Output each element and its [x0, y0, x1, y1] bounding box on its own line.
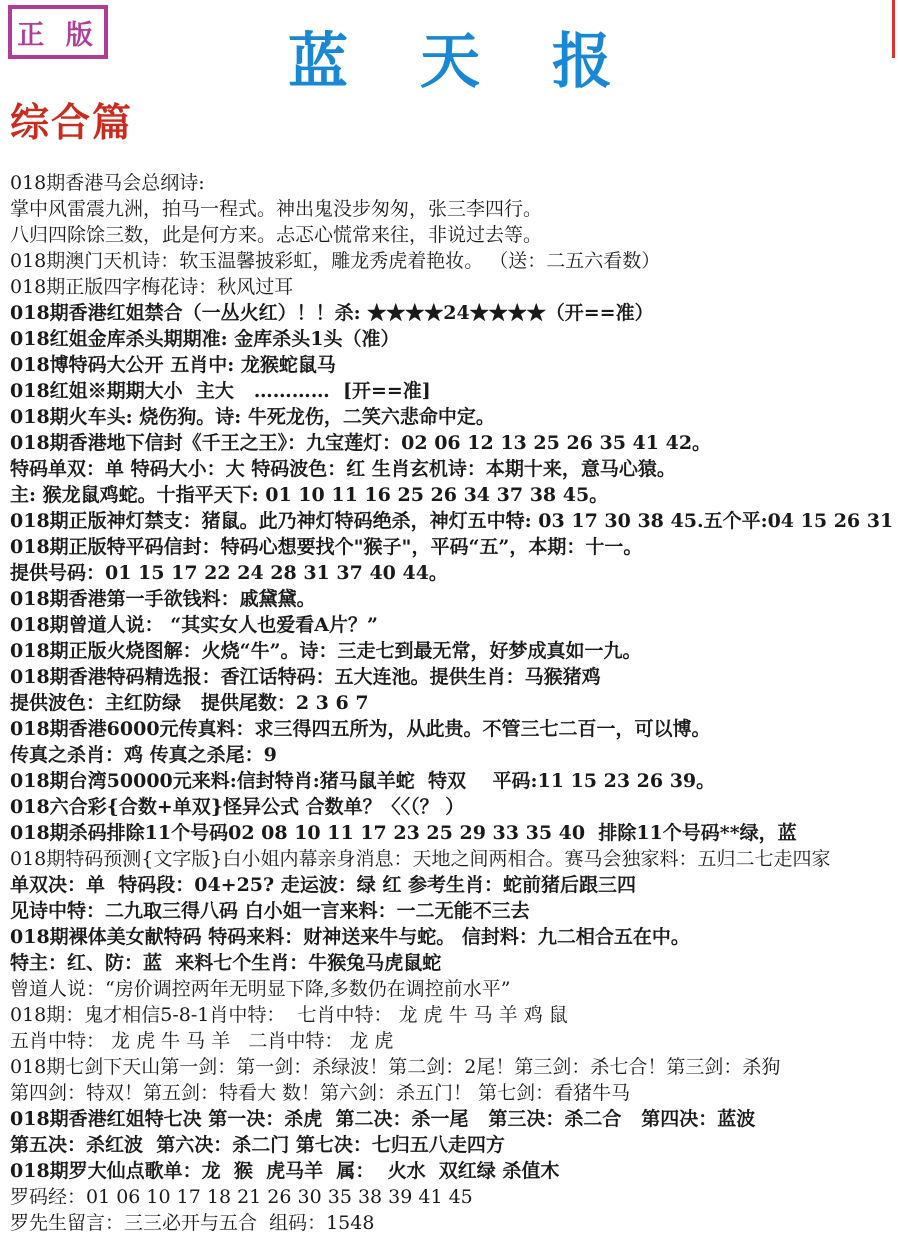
text-line: 特码单双：单 特码大小：大 特码波色：红 生肖玄机诗：本期十来，意马心猿。 [10, 456, 896, 482]
text-line: 018博特码大公开 五肖中: 龙猴蛇鼠马 [10, 352, 896, 378]
text-line: 018期正版火烧图解：火烧“牛”。诗：三走七到最无常，好梦成真如一九。 [10, 638, 896, 664]
text-line: 018期裸体美女献特码 特码来料：财神送来牛与蛇。 信封料：九二相合五在中。 [10, 924, 896, 950]
text-line: 018红姐※期期大小 主大 ………… [开==准] [10, 378, 896, 404]
text-line: 018期七剑下天山第一剑：第一剑：杀绿波！第二剑：2尾！第三剑：杀七合！第三剑：… [10, 1054, 896, 1080]
section-title: 综合篇 [10, 92, 133, 148]
text-line: 018六合彩{合数+单双}怪异公式 合数单？〈〈（？ ） [10, 794, 896, 820]
page: 正 版 蓝天报 综合篇 018期香港马会总纲诗:掌中风雷震九洲，拍马一程式。神出… [0, 0, 900, 1243]
text-line: 018期罗大仙点歌单：龙 猴 虎马羊 属： 火水 双红绿 杀值木 [10, 1158, 896, 1184]
text-line: 见诗中特：二九取三得八码 白小姐一言来料：一二无能不三去 [10, 898, 896, 924]
text-line: 018期澳门天机诗：软玉温馨披彩虹，雕龙秀虎着艳妆。 （送：二五六看数） [10, 248, 896, 274]
text-line: 第四剑：特双！第五剑：特看大 数！第六剑：杀五门！ 第七剑：看猪牛马 [10, 1080, 896, 1106]
text-line: 018期杀码排除11个号码02 08 10 11 17 23 25 29 33 … [10, 820, 896, 846]
text-line: 018期香港地下信封《千王之王》：九宝莲灯：02 06 12 13 25 26 … [10, 430, 896, 456]
text-line: 018期火车头: 烧伤狗。诗: 牛死龙伤，二笑六悲命中定。 [10, 404, 896, 430]
text-line: 掌中风雷震九洲，拍马一程式。神出鬼没步匆匆，张三李四行。 [10, 196, 896, 222]
text-line: 018期香港特码精选报：香江话特码：五大连池。提供生肖：马猴猪鸡 [10, 664, 896, 690]
text-line: 八归四除馀三数，此是何方来。忐忑心慌常来往，非说过去等。 [10, 222, 896, 248]
body-text: 018期香港马会总纲诗:掌中风雷震九洲，拍马一程式。神出鬼没步匆匆，张三李四行。… [10, 170, 896, 1236]
text-line: 曾道人说：“房价调控两年无明显下降,多数仍在调控前水平” [10, 976, 896, 1002]
text-line: 018期香港马会总纲诗: [10, 170, 896, 196]
text-line: 提供号码：01 15 17 22 24 28 31 37 40 44。 [10, 560, 896, 586]
page-title: 蓝天报 [0, 14, 900, 100]
text-line: 018期香港第一手欲钱料：戚黛黛。 [10, 586, 896, 612]
text-line: 018期曾道人说： “其实女人也爱看A片？” [10, 612, 896, 638]
text-line: 罗先生留言：三三必开与五合 组码：1548 [10, 1210, 896, 1236]
text-line: 主: 猴龙鼠鸡蛇。十指平天下: 01 10 11 16 25 26 34 37 … [10, 482, 896, 508]
text-line: 018期正版四字梅花诗：秋风过耳 [10, 274, 896, 300]
text-line: 018期香港红姐禁合（一丛火红）！！杀: ★★★★24★★★★（开==准） [10, 300, 896, 326]
text-line: 018期香港6000元传真料：求三得四五所为，从此贵。不管三七二百一，可以博。 [10, 716, 896, 742]
text-line: 018期正版特平码信封：特码心想要找个"猴子"，平码“五”，本期：十一。 [10, 534, 896, 560]
text-line: 018期特码预测{文字版}白小姐内幕亲身消息：天地之间两相合。赛马会独家料：五归… [10, 846, 896, 872]
text-line: 018红姐金库杀头期期准: 金库杀头1头（准） [10, 326, 896, 352]
text-line: 传真之杀肖：鸡 传真之杀尾：9 [10, 742, 896, 768]
text-line: 五肖中特： 龙 虎 牛 马 羊 二肖中特： 龙 虎 [10, 1028, 896, 1054]
text-line: 第五决：杀红波 第六决：杀二门 第七决：七归五八走四方 [10, 1132, 896, 1158]
page-edge-mark [892, 0, 895, 58]
text-line: 018期香港红姐特七决 第一决：杀虎 第二决：杀一尾 第三决：杀二合 第四决：蓝… [10, 1106, 896, 1132]
text-line: 特主：红、防：蓝 来料七个生肖：牛猴兔马虎鼠蛇 [10, 950, 896, 976]
text-line: 018期正版神灯禁支：猪鼠。此乃神灯特码绝杀，神灯五中特: 03 17 30 3… [10, 508, 896, 534]
text-line: 罗码经：01 06 10 17 18 21 26 30 35 38 39 41 … [10, 1184, 896, 1210]
text-line: 018期台湾50000元来料:信封特肖:猪马鼠羊蛇 特双 平码:11 15 23… [10, 768, 896, 794]
text-line: 018期：鬼才相信5-8-1肖中特： 七肖中特： 龙 虎 牛 马 羊 鸡 鼠 [10, 1002, 896, 1028]
text-line: 单双决：单 特码段：04+25? 走运波：绿 红 参考生肖：蛇前猪后跟三四 [10, 872, 896, 898]
text-line: 提供波色：主红防绿 提供尾数：2 3 6 7 [10, 690, 896, 716]
